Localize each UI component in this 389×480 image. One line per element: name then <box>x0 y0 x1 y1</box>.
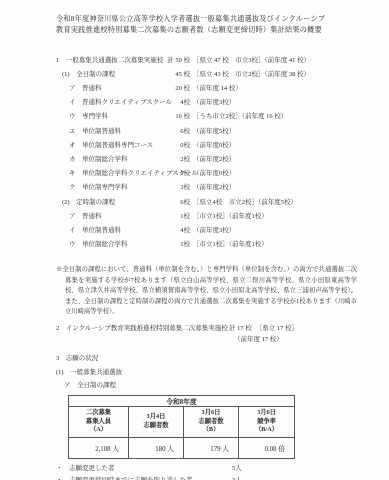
row-count: 16 校 <box>160 110 190 124</box>
bullet-notes: ・ 志願変更した者 5人 ・ 志願変更締切時までに志願を取り消した者 3人 <box>56 463 349 480</box>
row-detail: （前年度2校） <box>193 181 235 195</box>
list-item: ウ 単位制総合学科 1校 ［市立1校］（前年度1校） <box>56 238 349 252</box>
section1-heading-row: 1 一般募集共通選抜二次募集実施校 計 50 校 ［県立 47 校 市立3校］（… <box>56 54 349 68</box>
cell-ratio: 0.08 倍 <box>239 437 295 458</box>
row-detail: （前年度 14 校） <box>193 82 242 96</box>
section1-school-counts: 1 一般募集共通選抜二次募集実施校 計 50 校 ［県立 47 校 市立3校］（… <box>56 54 349 253</box>
row-label: ア 普通科 <box>56 210 160 224</box>
row-count: 1校 <box>160 167 190 181</box>
row-count: 0校 <box>160 139 190 153</box>
row-detail: （前年度2校） <box>193 153 235 167</box>
section2-inclusive-row: 2 インクルーシブ教育実践推進校特別募集二次募集実施校 計 17 校［県立 17… <box>56 323 349 345</box>
row-count: 6校 <box>160 125 190 139</box>
list-item: キ 単位制総合学科クリエイティブスクール 1校 （前年度0校） <box>56 167 349 181</box>
row-label: キ 単位制総合学科クリエイティブスクール <box>56 167 160 181</box>
section3-heading: 3 志願の状況 <box>56 352 349 366</box>
row-count: 1校 <box>160 210 190 224</box>
row-count: 3校 <box>160 181 190 195</box>
section3-application-status: 3 志願の状況 (1) 一般募集共通選抜 ア 全日制の課程 <box>56 352 349 393</box>
section2-detail: ［県立 17 校］ <box>256 325 298 332</box>
row-label: (2) 定時制の課程 <box>56 196 160 210</box>
page-title: 令和8年度神奈川県公立高等学校入学者選抜一般募集共通選抜及びインクルーシブ 教育… <box>56 14 349 37</box>
table-year-header: 令和8年度 <box>69 395 295 406</box>
row-detail: （前年度3校） <box>193 96 235 110</box>
row-label: イ 普通科クリエイティブスクール <box>56 96 160 110</box>
col-header-mar4-applicants: 3月4日 志願者数 <box>129 406 184 437</box>
bullet-changed-applications: ・ 志願変更した者 5人 <box>56 463 349 475</box>
row-detail: ［市立1校］（前年度1校） <box>193 238 268 252</box>
row-label: ウ 専門学科 <box>56 110 160 124</box>
list-item-parttime: (2) 定時制の課程 6校 ［県立4校 市立2校］（前年度5校） <box>56 196 349 210</box>
col-header-ratio: 3月6日 競争率 （B/A） <box>239 406 295 437</box>
page-title-line2: 教育実践推進校特別募集二次募集の志願者数（志願変更締切時）集計結果の概要 <box>56 25 349 36</box>
applicants-table: 令和8年度 二次募集 募集人員 （A） 3月4日 志願者数 3月6日 志願者数 … <box>68 395 295 459</box>
row-count: 45 校 <box>160 68 190 82</box>
bullet-label: ・ 志願変更した者 <box>56 463 232 475</box>
footnote-text: ※全日制の課程において、普通科（単位制を含む。）と専門学科（単位制を含む。）の両… <box>56 265 357 317</box>
list-item: ク 単位制専門学科 3校 （前年度2校） <box>56 181 349 195</box>
row-count: 4校 <box>160 224 190 238</box>
row-detail: （前年度0校） <box>193 167 235 181</box>
list-item: イ 単位制普通科 4校 （前年度3校） <box>56 224 349 238</box>
row-detail: ［県立4校 市立2校］（前年度5校） <box>193 196 297 210</box>
section2-prev-year: （前年度 17 校） <box>229 334 298 345</box>
bullet-value: 5人 <box>232 463 242 475</box>
bullet-value: 3人 <box>232 475 242 480</box>
cell-mar4-applicants: 180 人 <box>129 437 184 458</box>
list-item: イ 普通科クリエイティブスクール 4校 （前年度3校） <box>56 96 349 110</box>
cell-capacity: 2,108 人 <box>69 437 129 458</box>
row-label: イ 単位制普通科 <box>56 224 160 238</box>
row-label: 1 一般募集共通選抜二次募集実施校 <box>56 54 160 68</box>
bullet-withdrawn-applications: ・ 志願変更締切時までに志願を取り消した者 3人 <box>56 475 349 480</box>
row-count: 計 50 校 <box>160 54 190 68</box>
list-item-fulltime: (1) 全日制の課程 45 校 ［県立 43 校 市立2校］（前年度 38 校） <box>56 68 349 82</box>
list-item: ア 普通科 1校 ［市立1校］（前年度1校） <box>56 210 349 224</box>
row-detail: ［市立1校］（前年度1校） <box>193 210 268 224</box>
section2-label: 2 インクルーシブ教育実践推進校特別募集二次募集実施校 <box>56 323 229 345</box>
row-detail: （前年度0校） <box>193 139 235 153</box>
row-count: 4校 <box>160 96 190 110</box>
list-item: ア 普通科 20 校 （前年度 14 校） <box>56 82 349 96</box>
row-label: オ 単位制普通科専門コース <box>56 139 160 153</box>
row-count: 1校 <box>160 238 190 252</box>
row-label: ウ 単位制総合学科 <box>56 238 160 252</box>
col-header-capacity: 二次募集 募集人員 （A） <box>69 406 129 437</box>
row-label: エ 単位制普通科 <box>56 125 160 139</box>
list-item: オ 単位制普通科専門コース 0校 （前年度0校） <box>56 139 349 153</box>
row-label: カ 単位制総合学科 <box>56 153 160 167</box>
row-count: 6校 <box>160 196 190 210</box>
row-label: ア 普通科 <box>56 82 160 96</box>
row-label: (1) 全日制の課程 <box>56 68 160 82</box>
col-header-mar6-applicants: 3月6日 志願者数 （B） <box>184 406 239 437</box>
row-detail: （前年度3校） <box>193 224 235 238</box>
list-item: ウ 専門学科 16 校 ［うち市立2校］（前年度 16 校） <box>56 110 349 124</box>
section3-sub2: ア 全日制の課程 <box>56 379 349 393</box>
row-detail: （前年度5校） <box>193 125 235 139</box>
section3-sub1: (1) 一般募集共通選抜 <box>56 366 349 380</box>
row-detail: ［うち市立2校］（前年度 16 校） <box>193 110 287 124</box>
row-detail: ［県立 43 校 市立2校］（前年度 38 校） <box>193 68 310 82</box>
row-count: 2校 <box>160 153 190 167</box>
section2-values: 計 17 校［県立 17 校］ （前年度 17 校） <box>229 323 298 345</box>
row-detail: ［県立 47 校 市立3校］（前年度 41 校） <box>193 54 310 68</box>
document-page: 令和8年度神奈川県公立高等学校入学者選抜一般募集共通選抜及びインクルーシブ 教育… <box>0 0 389 480</box>
list-item: カ 単位制総合学科 2校 （前年度2校） <box>56 153 349 167</box>
row-count: 20 校 <box>160 82 190 96</box>
section2-count: 計 17 校 <box>229 325 252 332</box>
row-label: ク 単位制専門学科 <box>56 181 160 195</box>
cell-mar6-applicants: 179 人 <box>184 437 239 458</box>
bullet-label: ・ 志願変更締切時までに志願を取り消した者 <box>56 475 232 480</box>
section2-count-line: 計 17 校［県立 17 校］ <box>229 323 298 334</box>
page-title-line1: 令和8年度神奈川県公立高等学校入学者選抜一般募集共通選抜及びインクルーシブ <box>56 14 349 25</box>
table-row: 2,108 人 180 人 179 人 0.08 倍 <box>69 437 295 458</box>
list-item: エ 単位制普通科 6校 （前年度5校） <box>56 125 349 139</box>
